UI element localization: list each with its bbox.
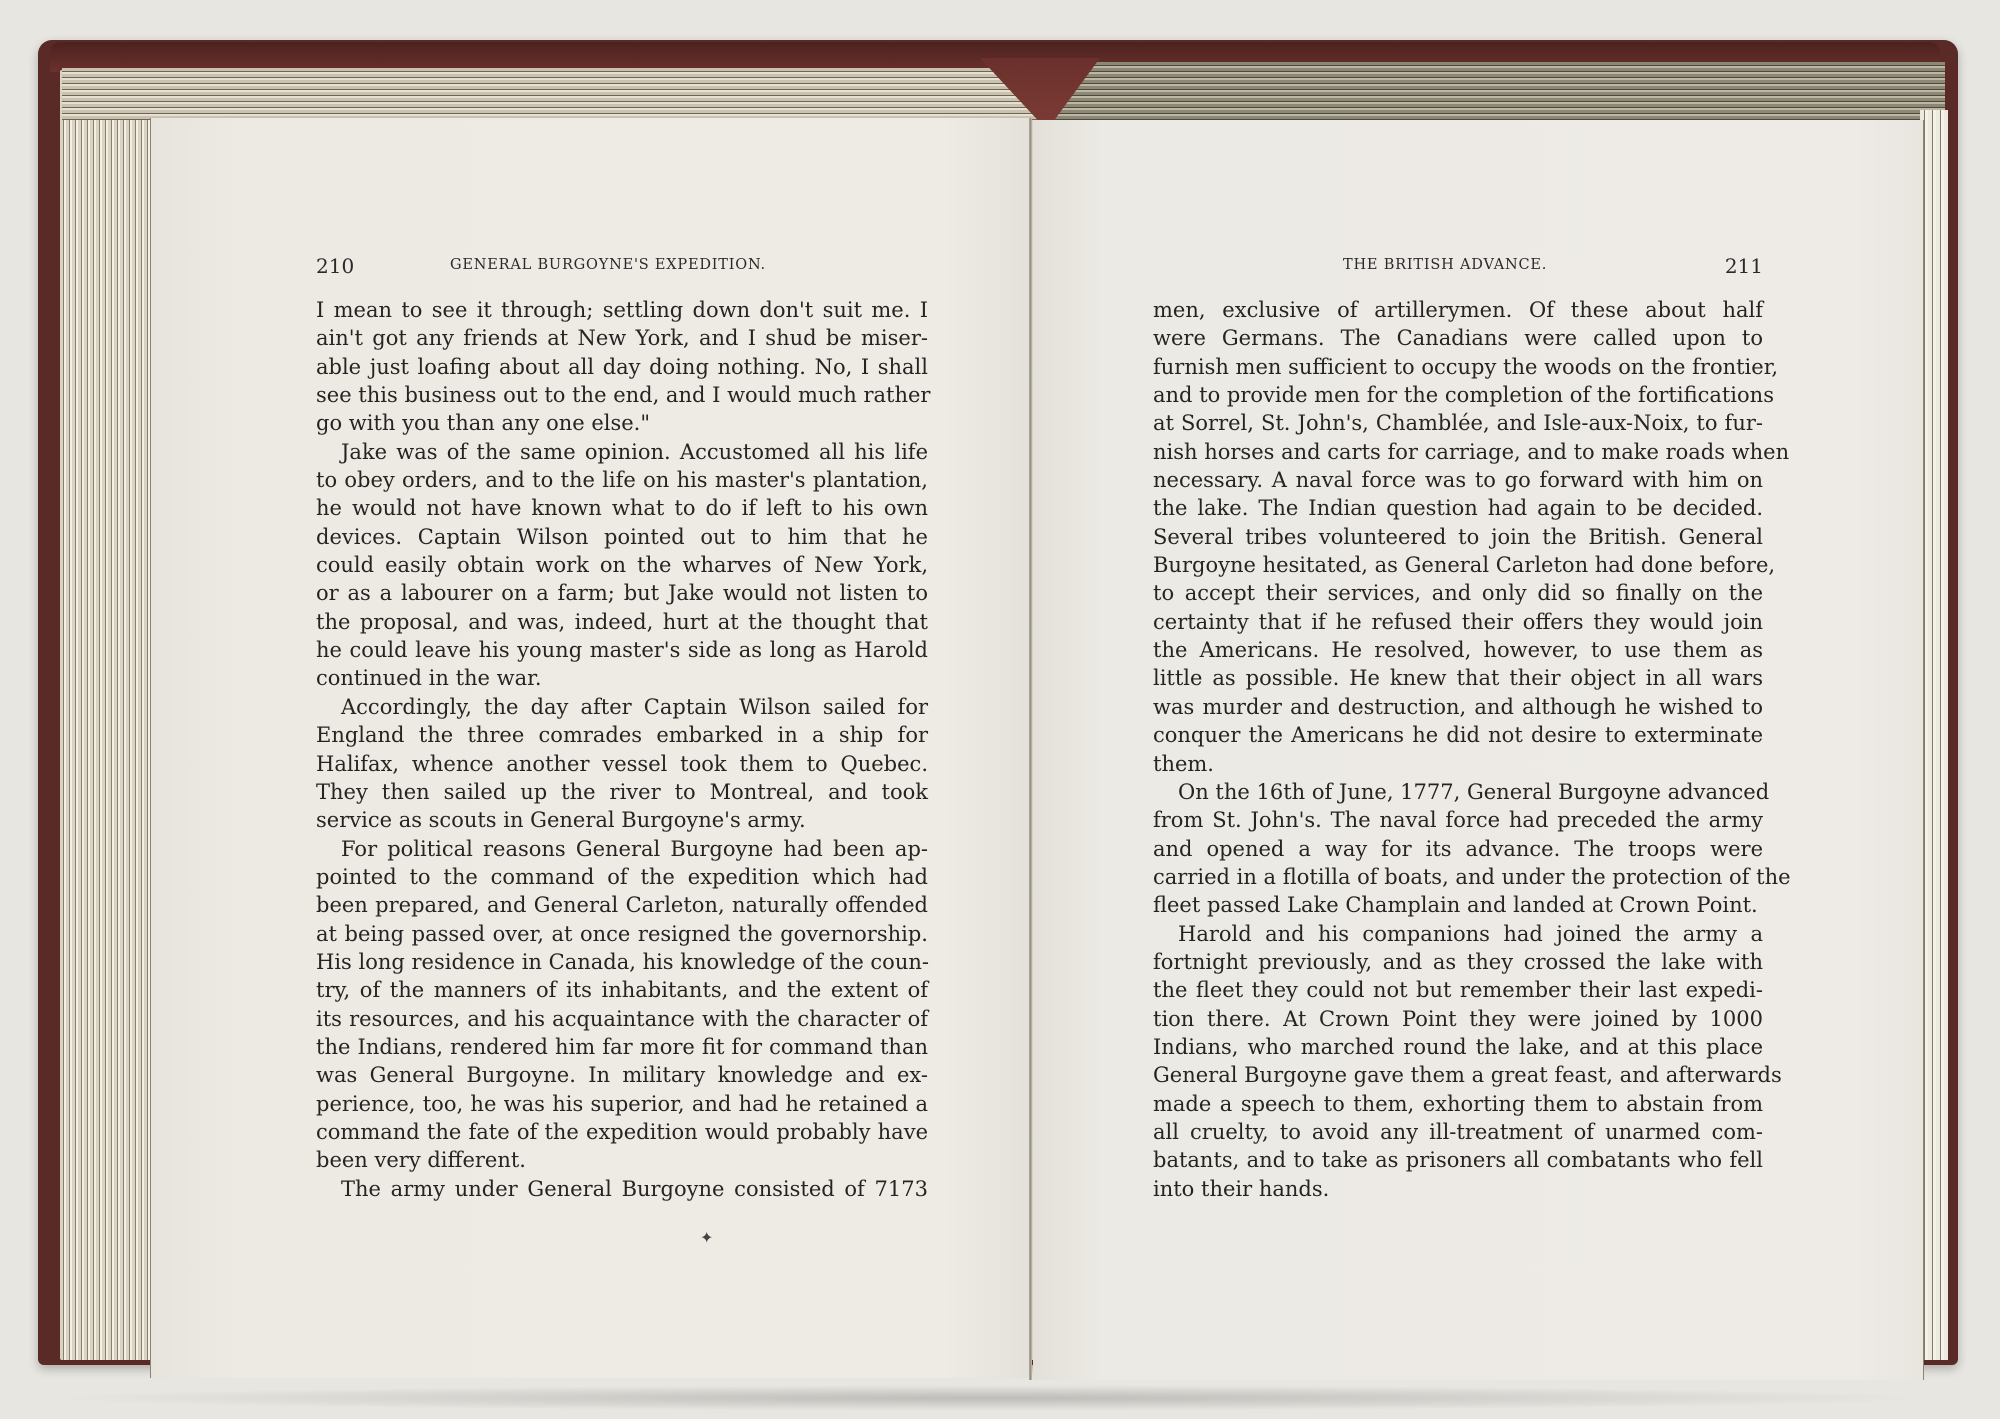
text-line: into their hands. [1153,1175,1763,1203]
text-line: the proposal, and was, indeed, hurt at t… [316,608,928,636]
text-line: able just loafing about all day doing no… [316,353,928,381]
text-line: Several tribes volunteered to join the B… [1153,523,1763,551]
text-line: necessary. A naval force was to go forwa… [1153,466,1763,494]
text-line: at being passed over, at once resigned t… [316,920,928,948]
page-gutter [1029,118,1032,1380]
left-running-title: GENERAL BURGOYNE'S EXPEDITION. [450,257,766,273]
text-line: and to provide men for the completion of… [1153,381,1763,409]
right-page-stack-edges [1920,110,1948,1360]
left-running-head: 210 GENERAL BURGOYNE'S EXPEDITION. [316,254,928,278]
text-line: batants, and to take as prisoners all co… [1153,1146,1763,1174]
text-line: go with you than any one else." [316,409,928,437]
text-line: tion there. At Crown Point they were joi… [1153,1005,1763,1033]
text-line: see this business out to the end, and I … [316,381,928,409]
text-line: or as a labourer on a farm; but Jake wou… [316,579,928,607]
text-line: were Germans. The Canadians were called … [1153,324,1763,352]
text-line: the Americans. He resolved, however, to … [1153,636,1763,664]
text-line: conquer the Americans he did not desire … [1153,721,1763,749]
text-line: from St. John's. The naval force had pre… [1153,806,1763,834]
text-line: the fleet they could not but remember th… [1153,976,1763,1004]
text-line: Burgoyne hesitated, as General Carleton … [1153,551,1763,579]
text-line: he would not have known what to do if le… [316,494,928,522]
text-line: Jake was of the same opinion. Accustomed… [316,438,928,466]
left-page-stack-top [62,68,1042,120]
text-line: its resources, and his acquaintance with… [316,1005,928,1033]
right-page-number: 211 [1725,254,1763,278]
text-line: They then sailed up the river to Montrea… [316,778,928,806]
text-line: For political reasons General Burgoyne h… [316,835,928,863]
text-line: Halifax, whence another vessel took them… [316,750,928,778]
text-line: to accept their services, and only did s… [1153,579,1763,607]
text-line: Harold and his companions had joined the… [1153,920,1763,948]
right-page-stack-top [1045,62,1945,120]
text-line: and opened a way for its advance. The tr… [1153,835,1763,863]
text-line: devices. Captain Wilson pointed out to h… [316,523,928,551]
text-line: The army under General Burgoyne consiste… [316,1175,928,1203]
text-line: service as scouts in General Burgoyne's … [316,806,928,834]
right-page-body: men, exclusive of artillerymen. Of these… [1153,296,1763,1203]
printer-mark: ✦ [700,1228,713,1247]
text-line: at Sorrel, St. John's, Chamblée, and Isl… [1153,409,1763,437]
text-line: was General Burgoyne. In military knowle… [316,1061,928,1089]
text-line: continued in the war. [316,664,928,692]
text-line: the Indians, rendered him far more fit f… [316,1033,928,1061]
text-line: ain't got any friends at New York, and I… [316,324,928,352]
text-line: try, of the manners of its inhabitants, … [316,976,928,1004]
text-line: men, exclusive of artillerymen. Of these… [1153,296,1763,324]
text-line: to obey orders, and to the life on his m… [316,466,928,494]
text-line: I mean to see it through; settling down … [316,296,928,324]
text-line: fortnight previously, and as they crosse… [1153,948,1763,976]
text-line: fleet passed Lake Champlain and landed a… [1153,891,1763,919]
text-line: was murder and destruction, and although… [1153,693,1763,721]
text-line: General Burgoyne gave them a great feast… [1153,1061,1763,1089]
text-line: could easily obtain work on the wharves … [316,551,928,579]
right-running-title: THE BRITISH ADVANCE. [1343,257,1547,273]
text-line: them. [1153,750,1763,778]
text-line: Accordingly, the day after Captain Wilso… [316,693,928,721]
text-line: he could leave his young master's side a… [316,636,928,664]
text-line: made a speech to them, exhorting them to… [1153,1090,1763,1118]
right-running-head: THE BRITISH ADVANCE. 211 [1153,254,1763,278]
text-line: carried in a flotilla of boats, and unde… [1153,863,1763,891]
text-line: England the three comrades embarked in a… [316,721,928,749]
text-line: On the 16th of June, 1777, General Burgo… [1153,778,1763,806]
left-page-number: 210 [316,254,354,278]
text-line: furnish men sufficient to occupy the woo… [1153,353,1763,381]
text-line: been prepared, and General Carleton, nat… [316,891,928,919]
text-line: command the fate of the expedition would… [316,1118,928,1146]
text-line: been very different. [316,1146,928,1174]
text-line: little as possible. He knew that their o… [1153,664,1763,692]
text-line: Indians, who marched round the lake, and… [1153,1033,1763,1061]
text-line: perience, too, he was his superior, and … [316,1090,928,1118]
text-line: all cruelty, to avoid any ill-treatment … [1153,1118,1763,1146]
text-line: His long residence in Canada, his knowle… [316,948,928,976]
text-line: nish horses and carts for carriage, and … [1153,438,1763,466]
text-line: the lake. The Indian question had again … [1153,494,1763,522]
text-line: certainty that if he refused their offer… [1153,608,1763,636]
text-line: pointed to the command of the expedition… [316,863,928,891]
left-page-body: I mean to see it through; settling down … [316,296,928,1203]
book-shadow [40,1385,1940,1411]
